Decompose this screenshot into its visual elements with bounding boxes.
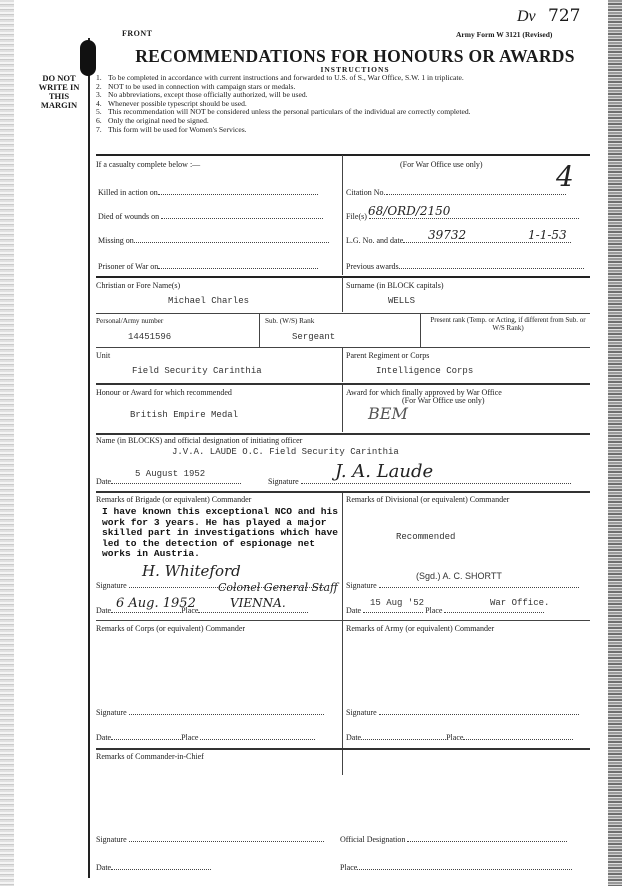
margin-note-line: MARGIN bbox=[32, 101, 86, 110]
field-label: Date bbox=[96, 733, 111, 742]
instructions-list: 1.To be completed in accordance with cur… bbox=[96, 74, 592, 134]
margin-rule bbox=[88, 38, 90, 878]
field-line bbox=[158, 260, 318, 269]
field-label: Signature bbox=[96, 581, 127, 590]
field-line bbox=[111, 731, 181, 740]
initiating-officer-label: Name (in BLOCKS) and official designatio… bbox=[96, 436, 302, 445]
division-place-value[interactable]: War Office. bbox=[490, 598, 549, 608]
field-label: Date bbox=[96, 863, 111, 872]
column-divider bbox=[342, 385, 343, 432]
citation-field[interactable]: Citation No. bbox=[346, 186, 566, 197]
division-date-value[interactable]: 15 Aug '52 bbox=[370, 598, 424, 608]
field-line bbox=[407, 833, 567, 842]
field-line bbox=[357, 861, 572, 870]
column-divider bbox=[342, 493, 343, 775]
surname-value[interactable]: WELLS bbox=[388, 296, 415, 306]
brigade-remarks-text[interactable]: I have known this exceptional NCO and hi… bbox=[102, 507, 342, 560]
field-label: Official Designation bbox=[340, 835, 405, 844]
field-label: Place bbox=[181, 733, 198, 742]
section-divider bbox=[96, 276, 590, 278]
parent-corps-label: Parent Regiment or Corps bbox=[346, 351, 429, 360]
sub-rank-label: Sub. (W/S) Rank bbox=[265, 317, 314, 325]
died-of-wounds-field[interactable]: Died of wounds on bbox=[98, 210, 323, 221]
field-line bbox=[463, 731, 573, 740]
cinc-date-field[interactable]: Date bbox=[96, 861, 211, 872]
row-divider bbox=[96, 620, 590, 621]
field-line bbox=[386, 186, 566, 195]
doc-number: 727 bbox=[548, 6, 580, 26]
missing-field[interactable]: Missing on bbox=[98, 234, 329, 245]
brigade-designation: Colonel General Staff bbox=[218, 581, 338, 594]
citation-handwritten-mark: 4 bbox=[556, 160, 574, 193]
instruction-item: 7.This form will be used for Women's Ser… bbox=[96, 126, 592, 135]
award-approved-value[interactable]: BEM bbox=[368, 404, 408, 423]
instruction-text: This form will be used for Women's Servi… bbox=[108, 126, 247, 135]
army-remarks-label: Remarks of Army (or equivalent) Commande… bbox=[346, 624, 494, 633]
army-number-label: Personal/Army number bbox=[96, 317, 163, 325]
scan-edge-left bbox=[0, 0, 14, 886]
parent-corps-value[interactable]: Intelligence Corps bbox=[376, 366, 473, 376]
instruction-number: 7. bbox=[96, 126, 108, 135]
field-label: Place bbox=[340, 863, 357, 872]
forenames-value[interactable]: Michael Charles bbox=[168, 296, 249, 306]
field-label: Died of wounds on bbox=[98, 212, 159, 221]
punch-hole-mark bbox=[80, 40, 96, 76]
field-line bbox=[158, 186, 318, 195]
column-divider bbox=[342, 348, 343, 382]
field-label: Date bbox=[346, 733, 361, 742]
previous-awards-field[interactable]: Previous awards bbox=[346, 260, 584, 271]
field-label: File(s) bbox=[346, 212, 367, 221]
row-divider bbox=[96, 313, 590, 314]
row-divider bbox=[96, 347, 590, 348]
form-number: Army Form W 3121 (Revised) bbox=[456, 30, 552, 39]
corps-remarks-label: Remarks of Corps (or equivalent) Command… bbox=[96, 624, 245, 633]
army-date-field[interactable]: DatePlace bbox=[346, 731, 573, 742]
prisoner-of-war-field[interactable]: Prisoner of War on bbox=[98, 260, 318, 271]
field-label: L.G. No. and date bbox=[346, 236, 403, 245]
division-remarks-label: Remarks of Divisional (or equivalent) Co… bbox=[346, 495, 509, 504]
page-title: RECOMMENDATIONS FOR HONOURS OR AWARDS bbox=[110, 46, 600, 67]
scan-edge-right bbox=[608, 0, 622, 886]
field-label: Previous awards bbox=[346, 262, 399, 271]
field-label: Missing on bbox=[98, 236, 134, 245]
field-line bbox=[134, 234, 329, 243]
field-label: Signature bbox=[96, 835, 127, 844]
row-divider bbox=[96, 491, 590, 493]
field-line bbox=[111, 861, 211, 870]
army-number-value[interactable]: 14451596 bbox=[128, 332, 171, 342]
forenames-label: Christian or Fore Name(s) bbox=[96, 281, 180, 290]
surname-label: Surname (in BLOCK capitals) bbox=[346, 281, 444, 290]
field-label: Date bbox=[96, 477, 111, 486]
column-divider bbox=[420, 314, 421, 347]
field-label: Killed in action on bbox=[98, 188, 158, 197]
unit-value[interactable]: Field Security Carinthia bbox=[132, 366, 262, 376]
field-line bbox=[129, 706, 324, 715]
casualty-heading: If a casualty complete below :— bbox=[96, 160, 200, 169]
section-divider bbox=[96, 154, 590, 156]
lg-date-value: 1-1-53 bbox=[528, 228, 567, 242]
field-label: Place bbox=[425, 606, 442, 615]
field-label: Place bbox=[446, 733, 463, 742]
margin-note: DO NOT WRITE IN THIS MARGIN bbox=[32, 74, 86, 110]
row-divider bbox=[96, 433, 590, 435]
killed-in-action-field[interactable]: Killed in action on bbox=[98, 186, 318, 197]
field-line bbox=[399, 260, 584, 269]
row-divider bbox=[96, 383, 590, 385]
initiating-date-value[interactable]: 5 August 1952 bbox=[135, 469, 205, 479]
field-label: Signature bbox=[346, 708, 377, 717]
cinc-place-field[interactable]: Place bbox=[340, 861, 572, 872]
field-label: Date bbox=[346, 606, 361, 615]
field-line bbox=[200, 731, 315, 740]
field-line bbox=[129, 833, 324, 842]
column-divider bbox=[259, 314, 260, 347]
field-label: Date bbox=[96, 606, 111, 615]
brigade-remarks-label: Remarks of Brigade (or equivalent) Comma… bbox=[96, 495, 251, 504]
field-label: Prisoner of War on bbox=[98, 262, 158, 271]
doc-mark: Dv bbox=[517, 8, 536, 26]
corps-signature-field[interactable]: Signature bbox=[96, 706, 324, 717]
field-line bbox=[161, 210, 323, 219]
cinc-remarks-label: Remarks of Commander-in-Chief bbox=[96, 752, 204, 761]
field-label: Signature bbox=[346, 581, 377, 590]
lg-number-value: 39732 bbox=[428, 228, 466, 242]
files-value: 68/ORD/2150 bbox=[368, 204, 450, 218]
field-label: Citation No. bbox=[346, 188, 386, 197]
column-divider bbox=[342, 155, 343, 275]
war-office-heading: (For War Office use only) bbox=[400, 160, 483, 169]
award-recommended-value[interactable]: British Empire Medal bbox=[130, 410, 238, 420]
field-line bbox=[361, 731, 446, 740]
unit-label: Unit bbox=[96, 351, 110, 360]
field-label: Signature bbox=[268, 477, 299, 486]
army-signature-field[interactable]: Signature bbox=[346, 706, 579, 717]
corps-date-field[interactable]: DatePlace bbox=[96, 731, 315, 742]
brigade-date-value[interactable]: 6 Aug. 1952 bbox=[116, 596, 196, 611]
cinc-designation-field[interactable]: Official Designation bbox=[340, 833, 567, 844]
brigade-place-value[interactable]: VIENNA. bbox=[230, 596, 286, 610]
initiating-signature: J. A. Laude bbox=[335, 461, 433, 482]
brigade-signature: H. Whiteford bbox=[142, 562, 241, 580]
award-recommended-label: Honour or Award for which recommended bbox=[96, 388, 232, 397]
field-label: Signature bbox=[96, 708, 127, 717]
sub-rank-value[interactable]: Sergeant bbox=[292, 332, 335, 342]
row-divider bbox=[96, 748, 590, 750]
side-label: FRONT bbox=[122, 29, 153, 38]
column-divider bbox=[342, 277, 343, 312]
award-approved-sublabel: (For War Office use only) bbox=[402, 396, 485, 405]
division-remarks-text[interactable]: Recommended bbox=[396, 532, 455, 542]
present-rank-label: Present rank (Temp. or Acting, if differ… bbox=[426, 316, 590, 332]
division-signature: (Sgd.) A. C. SHORTT bbox=[416, 571, 502, 581]
field-line bbox=[379, 706, 579, 715]
cinc-signature-field[interactable]: Signature bbox=[96, 833, 324, 844]
initiating-officer-value[interactable]: J.V.A. LAUDE O.C. Field Security Carinth… bbox=[172, 447, 399, 457]
